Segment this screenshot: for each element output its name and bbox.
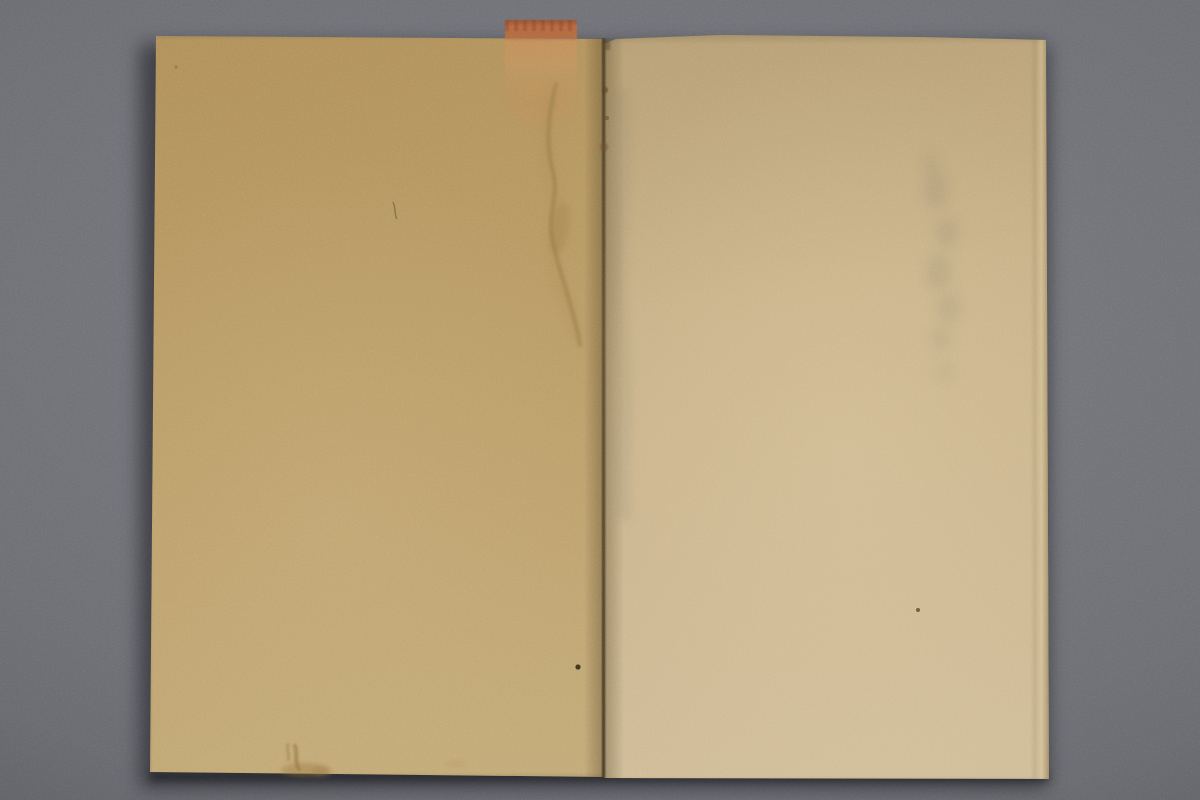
- tape-frayed-edge: [505, 20, 577, 31]
- book-gutter: [602, 39, 605, 778]
- left-page: [146, 30, 608, 782]
- photo-open-book: [0, 0, 1200, 800]
- tape-residue: [505, 20, 577, 96]
- right-page: [596, 28, 1052, 786]
